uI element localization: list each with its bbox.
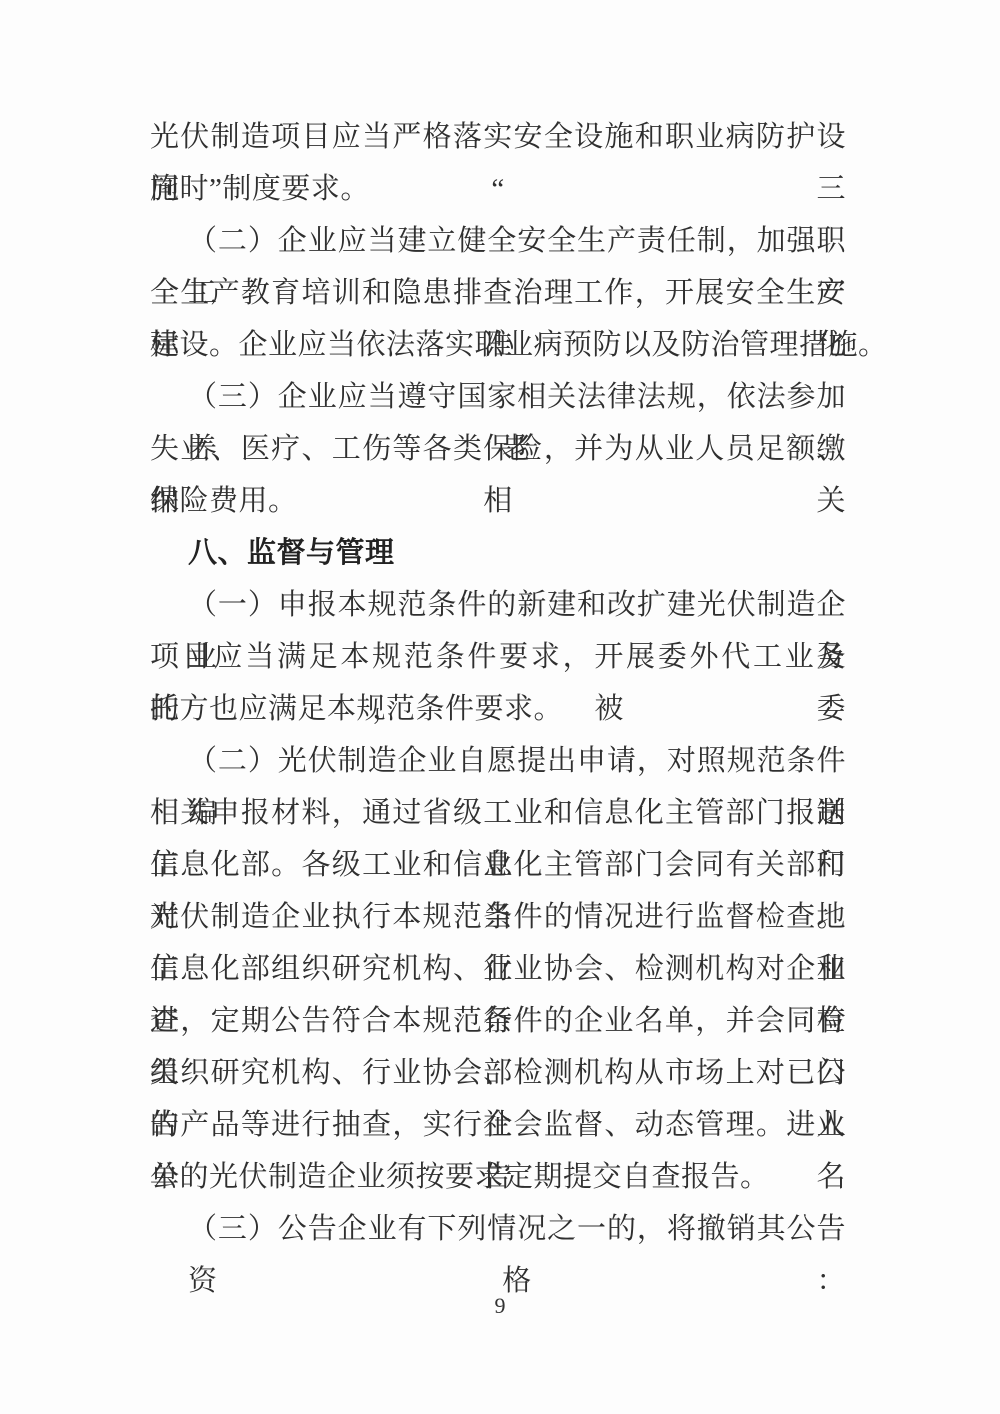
text-line: 组织研究机构、行业协会、检测机构从市场上对已公告企业 bbox=[150, 1047, 846, 1099]
text-line: 建设。企业应当依法落实职业病预防以及防治管理措施。 bbox=[150, 319, 846, 371]
text-line: 信息化部组织研究机构、行业协会、检测机构对企业进行检 bbox=[150, 943, 846, 995]
text-line: 相关申报材料，通过省级工业和信息化主管部门报送工业和 bbox=[150, 787, 846, 839]
text-line: 的产品等进行抽查，实行社会监督、动态管理。进入公告名 bbox=[150, 1099, 846, 1151]
section-heading: 八、监督与管理 bbox=[150, 527, 846, 579]
text-line: （二）光伏制造企业自愿提出申请，对照规范条件编制 bbox=[150, 735, 846, 787]
text-line: 单的光伏制造企业须按要求定期提交自查报告。 bbox=[150, 1151, 846, 1203]
text-line: （一）申报本规范条件的新建和改扩建光伏制造企业及 bbox=[150, 579, 846, 631]
text-line: 光伏制造企业执行本规范条件的情况进行监督检查。工业和 bbox=[150, 891, 846, 943]
document-body: 光伏制造项目应当严格落实安全设施和职业病防护设施“三同时”制度要求。（二）企业应… bbox=[150, 111, 846, 1255]
text-line: 光伏制造项目应当严格落实安全设施和职业病防护设施“三 bbox=[150, 111, 846, 163]
page-number: 9 bbox=[0, 1288, 1000, 1324]
text-line: 失业、医疗、工伤等各类保险，并为从业人员足额缴纳相关 bbox=[150, 423, 846, 475]
text-line: （二）企业应当建立健全安全生产责任制，加强职工安 bbox=[150, 215, 846, 267]
document-page: 光伏制造项目应当严格落实安全设施和职业病防护设施“三同时”制度要求。（二）企业应… bbox=[0, 0, 1000, 1414]
text-line: 全生产教育培训和隐患排查治理工作，开展安全生产标准化 bbox=[150, 267, 846, 319]
text-line: （三）公告企业有下列情况之一的，将撤销其公告资格： bbox=[150, 1203, 846, 1255]
text-line: 查，定期公告符合本规范条件的企业名单，并会同有关部门 bbox=[150, 995, 846, 1047]
text-line: 项目应当满足本规范条件要求，开展委外代工业务的，被委 bbox=[150, 631, 846, 683]
text-line: （三）企业应当遵守国家相关法律法规，依法参加养老、 bbox=[150, 371, 846, 423]
text-line: 信息化部。各级工业和信息化主管部门会同有关部门对当地 bbox=[150, 839, 846, 891]
